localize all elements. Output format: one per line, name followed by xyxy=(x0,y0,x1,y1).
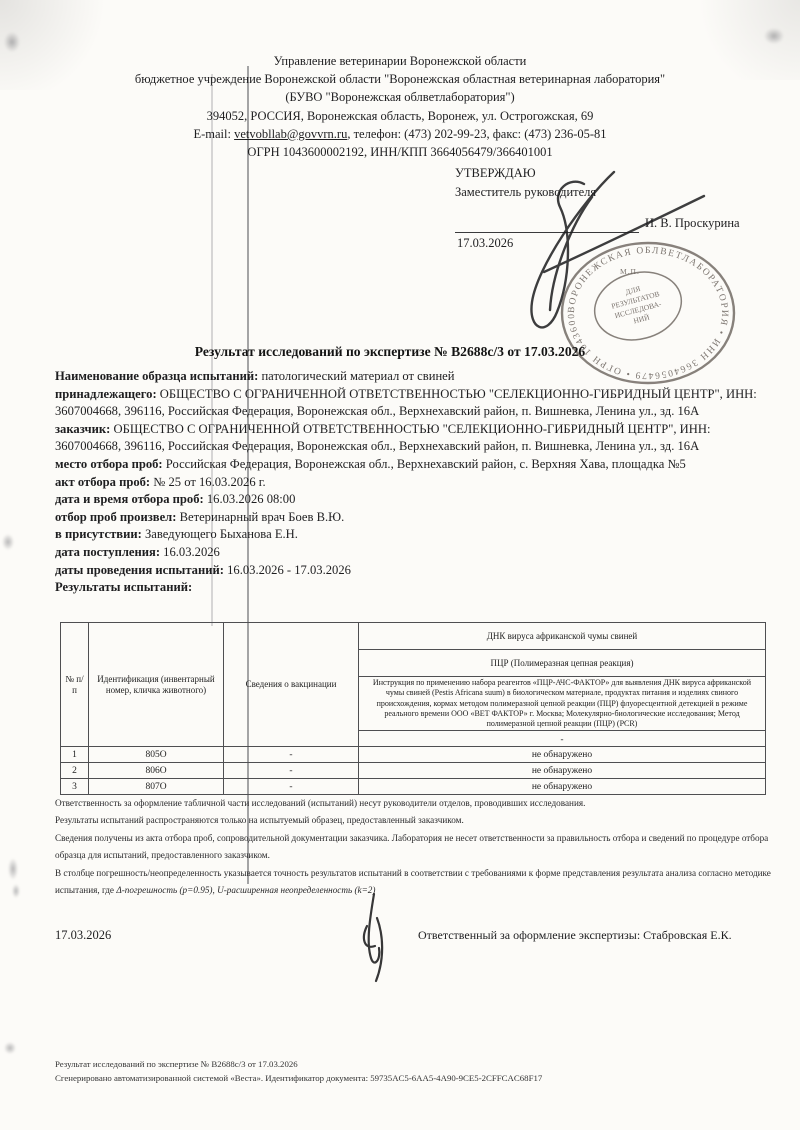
cell-num: 2 xyxy=(61,763,89,779)
approval-block: УТВЕРЖДАЮ Заместитель руководителя И. В.… xyxy=(455,166,785,181)
result-header-method-description: Инструкция по применению набора реагенто… xyxy=(359,677,766,731)
cell-vaccination: - xyxy=(224,763,359,779)
executor-signature xyxy=(350,890,400,985)
detail-receipt-date: дата поступления: 16.03.2026 xyxy=(55,544,769,562)
scan-smudge xyxy=(12,884,20,898)
footnote-2: Результаты испытаний распространяются то… xyxy=(55,812,771,829)
email-address: vetvobllab@govvrn.ru xyxy=(234,127,347,141)
footer-generated-by: Сгенерировано автоматизированной системо… xyxy=(55,1072,771,1086)
cell-num: 3 xyxy=(61,779,89,795)
table-row: 1 805О - не обнаружено xyxy=(61,747,766,763)
org-name-line1: Управление ветеринарии Воронежской облас… xyxy=(0,52,800,70)
footnote-3: Сведения получены из акта отбора проб, с… xyxy=(55,830,771,865)
document-title: Результат исследований по экспертизе № В… xyxy=(0,344,780,360)
scan-smudge xyxy=(8,858,18,880)
cell-num: 1 xyxy=(61,747,89,763)
footnotes: Ответственность за оформление табличной … xyxy=(55,795,771,899)
table-row: 3 807О - не обнаружено xyxy=(61,779,766,795)
footer-expertise-ref: Результат исследований по экспертизе № В… xyxy=(55,1058,771,1072)
email-label: E-mail: xyxy=(193,127,231,141)
org-contacts: E-mail: vetvobllab@govvrn.ru, телефон: (… xyxy=(0,125,800,143)
detail-customer: заказчик: ОБЩЕСТВО С ОГРАНИЧЕННОЙ ОТВЕТС… xyxy=(55,421,769,456)
round-stamp: ВОРОНЕЖСКАЯ ОБЛВЕТЛАБОРАТОРИЯ • ИНН 3664… xyxy=(550,238,746,388)
scan-smudge xyxy=(4,32,20,52)
cell-id: 805О xyxy=(89,747,224,763)
col-header-vaccination: Сведения о вакцинации xyxy=(224,623,359,747)
detail-witness: в присутствии: Заведующего Быханова Е.Н. xyxy=(55,526,769,544)
signoff-date: 17.03.2026 xyxy=(55,928,111,943)
col-header-identification: Идентификация (инвентарный номер, кличка… xyxy=(89,623,224,747)
detail-sample-name: Наименование образца испытаний: патологи… xyxy=(55,368,769,386)
stamp-center-text: ДЛЯ РЕЗУЛЬТАТОВ ИССЛЕДОВА- НИЙ xyxy=(608,279,668,330)
scan-smudge xyxy=(2,534,14,550)
scanned-document-page: Управление ветеринарии Воронежской облас… xyxy=(0,0,800,1130)
footnote-4: В столбце погрешность/неопределенность у… xyxy=(55,865,771,900)
cell-result: не обнаружено xyxy=(359,779,766,795)
scan-smudge xyxy=(4,1042,16,1054)
document-footer: Результат исследований по экспертизе № В… xyxy=(55,1058,771,1085)
detail-sampling-act: акт отбора проб: № 25 от 16.03.2026 г. xyxy=(55,474,769,492)
org-address: 394052, РОССИЯ, Воронежская область, Вор… xyxy=(0,107,800,125)
phone-fax: , телефон: (473) 202-99-23, факс: (473) … xyxy=(347,127,606,141)
org-name-line2: бюджетное учреждение Воронежской области… xyxy=(0,70,800,88)
responsible-person: Ответственный за оформление экспертизы: … xyxy=(418,928,788,943)
result-header-disease: ДНК вируса африканской чумы свиней xyxy=(359,623,766,650)
scan-smudge xyxy=(764,28,784,44)
org-ogrn-inn: ОГРН 1043600002192, ИНН/КПП 3664056479/3… xyxy=(0,143,800,161)
result-header-dash: - xyxy=(359,731,766,747)
detail-sampler: отбор проб произвел: Ветеринарный врач Б… xyxy=(55,509,769,527)
detail-testing-dates: даты проведения испытаний: 16.03.2026 - … xyxy=(55,562,769,580)
cell-vaccination: - xyxy=(224,779,359,795)
cell-result: не обнаружено xyxy=(359,747,766,763)
result-header-method-name: ПЦР (Полимеразная цепная реакция) xyxy=(359,650,766,677)
approver-name: И. В. Проскурина xyxy=(645,216,740,231)
approver-position: Заместитель руководителя xyxy=(455,185,596,200)
results-table: № п/п Идентификация (инвентарный номер, … xyxy=(60,622,766,795)
cell-vaccination: - xyxy=(224,747,359,763)
letterhead: Управление ветеринарии Воронежской облас… xyxy=(0,52,800,161)
detail-owner: принадлежащего: ОБЩЕСТВО С ОГРАНИЧЕННОЙ … xyxy=(55,386,769,421)
detail-sampling-place: место отбора проб: Российская Федерация,… xyxy=(55,456,769,474)
results-section-label: Результаты испытаний: xyxy=(55,579,769,597)
sample-details: Наименование образца испытаний: патологи… xyxy=(55,368,769,597)
detail-sampling-datetime: дата и время отбора проб: 16.03.2026 08:… xyxy=(55,491,769,509)
stamp-mp-label: М.П. xyxy=(620,267,640,276)
signature-line xyxy=(455,232,639,233)
cell-id: 807О xyxy=(89,779,224,795)
col-header-num: № п/п xyxy=(61,623,89,747)
approval-date: 17.03.2026 xyxy=(457,236,513,251)
footnote-1: Ответственность за оформление табличной … xyxy=(55,795,771,812)
cell-id: 806О xyxy=(89,763,224,779)
approve-label: УТВЕРЖДАЮ xyxy=(455,166,785,181)
table-row: 2 806О - не обнаружено xyxy=(61,763,766,779)
cell-result: не обнаружено xyxy=(359,763,766,779)
org-name-line3: (БУВО "Воронежская облветлаборатория") xyxy=(0,88,800,106)
